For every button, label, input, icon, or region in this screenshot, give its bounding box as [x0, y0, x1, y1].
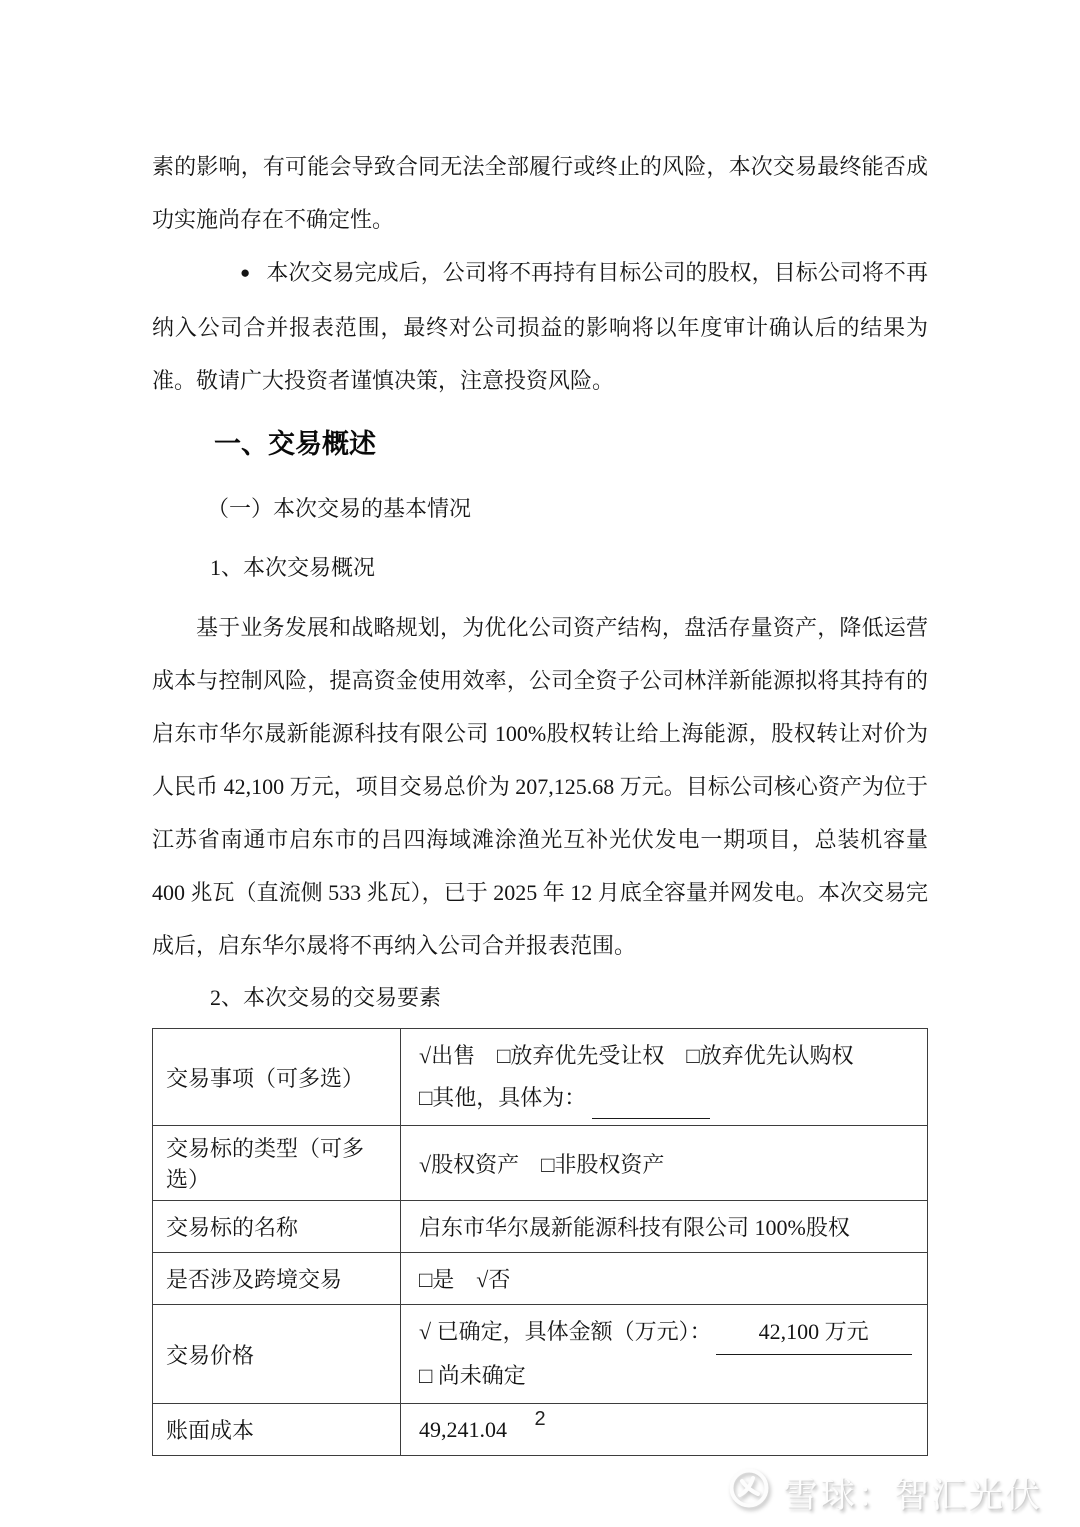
- blank-underline: [592, 1095, 710, 1119]
- table-row: 交易标的类型（可多选） √股权资产 □非股权资产: [153, 1126, 928, 1201]
- page-number: 2: [0, 1408, 1080, 1431]
- row-value-subject-name: 启东市华尔晟新能源科技有限公司 100%股权: [401, 1201, 928, 1253]
- row-value-cross-border: □是 √否: [401, 1253, 928, 1305]
- table-row: 交易标的名称 启东市华尔晟新能源科技有限公司 100%股权: [153, 1201, 928, 1253]
- table-row: 是否涉及跨境交易 □是 √否: [153, 1253, 928, 1305]
- paragraph-risk-continuation: 素的影响，有可能会导致合同无法全部履行或终止的风险，本次交易最终能否成功实施尚存…: [152, 140, 928, 246]
- xueqiu-logo-icon: [727, 1466, 771, 1519]
- transaction-matters-options: √出售 □放弃优先受让权 □放弃优先认购权: [419, 1035, 917, 1077]
- table-row: 交易事项（可多选） √出售 □放弃优先受让权 □放弃优先认购权 □其他，具体为：: [153, 1029, 928, 1126]
- row-label-transaction-matters: 交易事项（可多选）: [153, 1029, 401, 1126]
- section-title-transaction-overview: 一、交易概述: [152, 423, 928, 465]
- transaction-matters-other: □其他，具体为：: [419, 1077, 917, 1119]
- table-row: 交易价格 √ 已确定，具体金额（万元）：42,100 万元 □ 尚未确定: [153, 1305, 928, 1404]
- watermark-text: 雪球：智汇光伏: [783, 1468, 1042, 1518]
- bullet-icon: ●: [196, 246, 250, 299]
- subsection-title-basic-situation: （一）本次交易的基本情况: [152, 489, 928, 529]
- row-label-subject-type: 交易标的类型（可多选）: [153, 1126, 401, 1201]
- row-label-transaction-price: 交易价格: [153, 1305, 401, 1404]
- price-amount-underlined: 42,100 万元: [716, 1311, 912, 1355]
- item-title-transaction-elements: 2、本次交易的交易要素: [152, 978, 928, 1018]
- row-label-subject-name: 交易标的名称: [153, 1201, 401, 1253]
- item-title-transaction-profile: 1、本次交易概况: [152, 548, 928, 588]
- row-value-transaction-price: √ 已确定，具体金额（万元）：42,100 万元 □ 尚未确定: [401, 1305, 928, 1404]
- watermark: 雪球：智汇光伏: [727, 1466, 1042, 1519]
- document-body: 素的影响，有可能会导致合同无法全部履行或终止的风险，本次交易最终能否成功实施尚存…: [152, 0, 928, 1456]
- document-page: { "page": { "number": "2" }, "watermark"…: [0, 0, 1080, 1527]
- bullet-paragraph-text: 本次交易完成后，公司将不再持有目标公司的股权，目标公司将不再纳入公司合并报表范围…: [152, 260, 928, 393]
- paragraph-transaction-overview: 基于业务发展和战略规划，为优化公司资产结构，盘活存量资产，降低运营成本与控制风险…: [152, 601, 928, 972]
- price-confirmed-label: √ 已确定，具体金额（万元）：: [419, 1319, 712, 1344]
- other-option-label: □其他，具体为：: [419, 1085, 586, 1110]
- row-value-transaction-matters: √出售 □放弃优先受让权 □放弃优先认购权 □其他，具体为：: [401, 1029, 928, 1126]
- transaction-elements-table: 交易事项（可多选） √出售 □放弃优先受让权 □放弃优先认购权 □其他，具体为：…: [152, 1028, 928, 1456]
- paragraph-bullet-disclaimer: ●本次交易完成后，公司将不再持有目标公司的股权，目标公司将不再纳入公司合并报表范…: [152, 246, 928, 407]
- price-unconfirmed-line: □ 尚未确定: [419, 1355, 917, 1397]
- row-label-cross-border: 是否涉及跨境交易: [153, 1253, 401, 1305]
- row-value-subject-type: √股权资产 □非股权资产: [401, 1126, 928, 1201]
- price-confirmed-line: √ 已确定，具体金额（万元）：42,100 万元: [419, 1311, 917, 1355]
